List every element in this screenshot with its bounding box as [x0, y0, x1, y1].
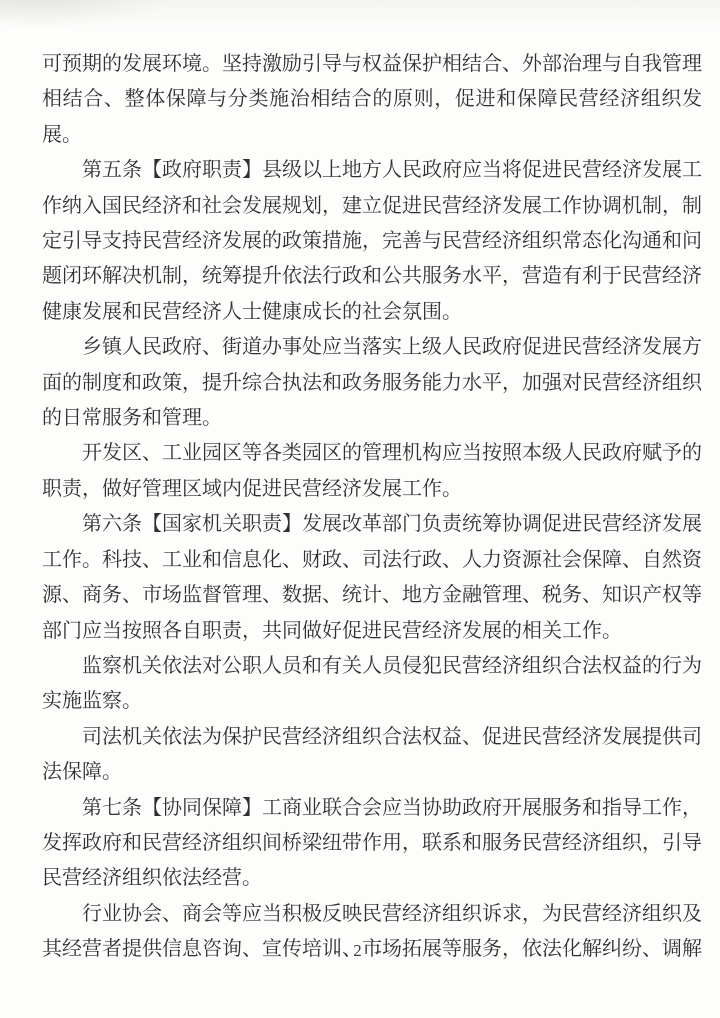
paragraph: 第七条【协同保障】工商业联合会应当协助政府开展服务和指导工作，发挥政府和民营经济…: [42, 790, 702, 896]
paragraph: 乡镇人民政府、街道办事处应当落实上级人民政府促进民营经济发展方面的制度和政策，提…: [42, 329, 702, 435]
paragraph: 司法机关依法为保护民营经济组织合法权益、促进民营经济发展提供司法保障。: [42, 719, 702, 790]
document-body: 可预期的发展环境。坚持激励引导与权益保护相结合、外部治理与自我管理相结合、整体保…: [42, 46, 702, 967]
scan-edge-shadow: [0, 0, 720, 42]
paragraph: 可预期的发展环境。坚持激励引导与权益保护相结合、外部治理与自我管理相结合、整体保…: [42, 46, 702, 152]
paragraph: 监察机关依法对公职人员和有关人员侵犯民营经济组织合法权益的行为实施监察。: [42, 648, 702, 719]
document-page: 可预期的发展环境。坚持激励引导与权益保护相结合、外部治理与自我管理相结合、整体保…: [0, 0, 720, 1018]
paragraph: 第六条【国家机关职责】发展改革部门负责统筹协调促进民营经济发展工作。科技、工业和…: [42, 506, 702, 648]
page-number: - 2 -: [0, 941, 720, 961]
paragraph: 第五条【政府职责】县级以上地方人民政府应当将促进民营经济发展工作纳入国民经济和社…: [42, 152, 702, 329]
paragraph: 开发区、工业园区等各类园区的管理机构应当按照本级人民政府赋予的职责，做好管理区域…: [42, 435, 702, 506]
